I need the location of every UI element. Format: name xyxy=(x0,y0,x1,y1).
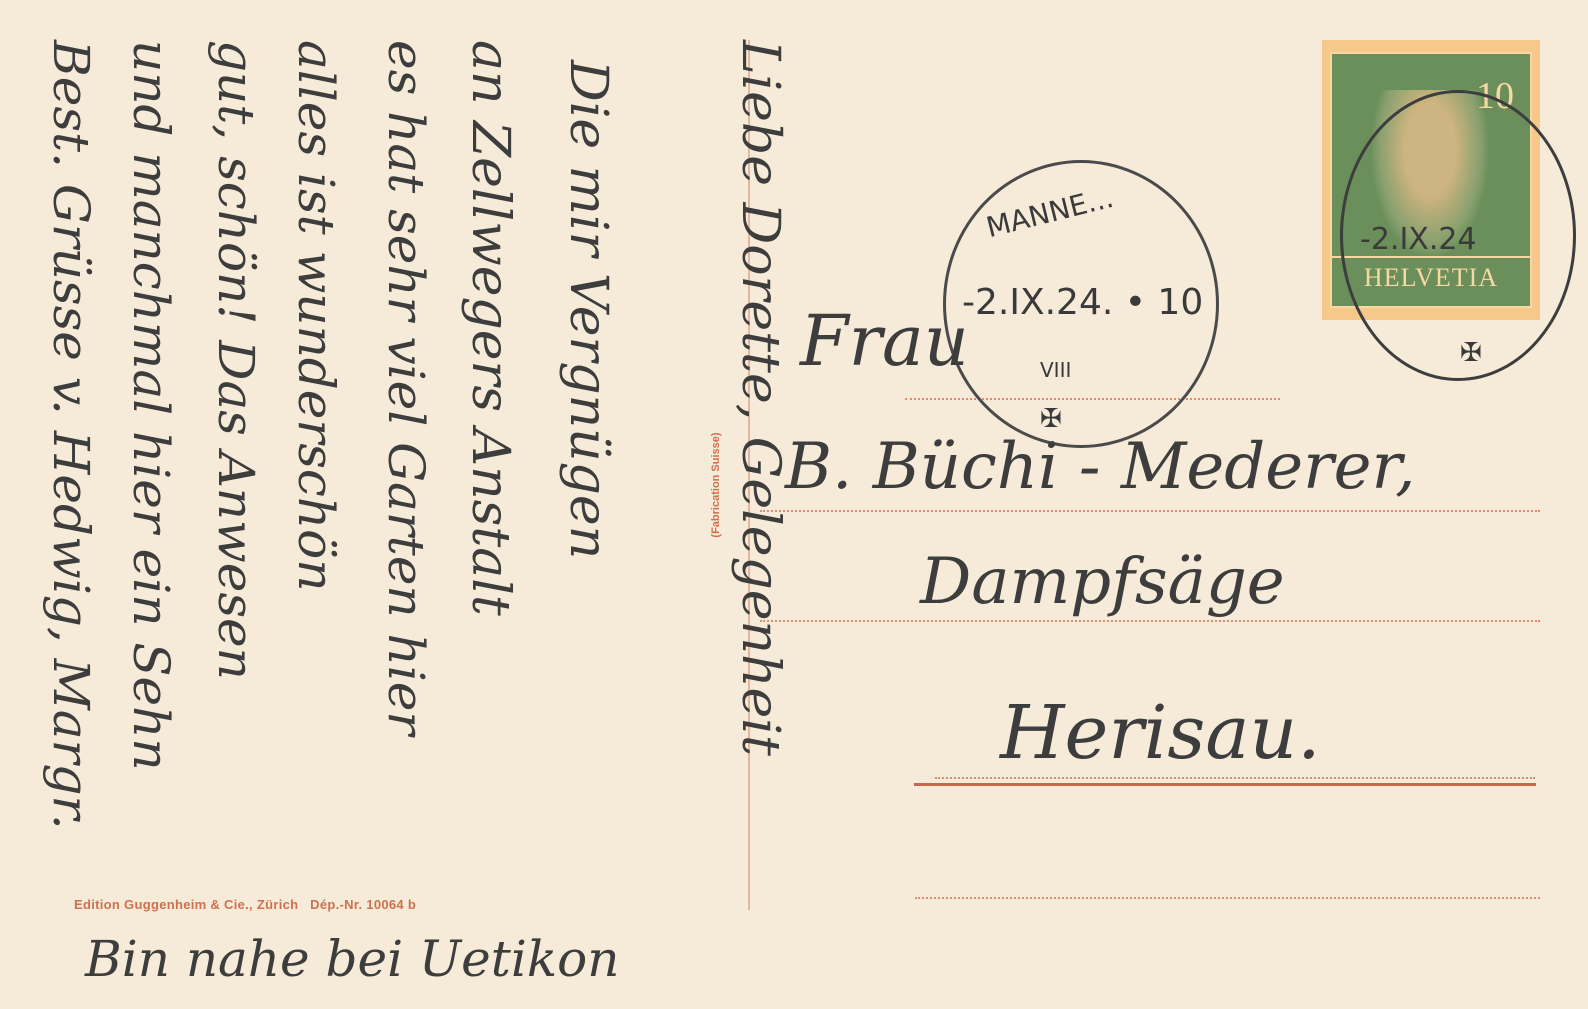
cancel-cross-icon: ✠ xyxy=(1460,338,1482,368)
address-line-5 xyxy=(915,897,1540,899)
postmark-subline: VIII xyxy=(1040,358,1071,382)
address-recipient-title: Frau xyxy=(800,300,969,382)
message-line-5: alles ist wunderschön xyxy=(287,40,345,591)
message-line-4: es hat sehr viel Garten hier xyxy=(377,40,435,735)
message-line-2: Die mir Vergnügen xyxy=(558,60,618,559)
message-line-7: und manchmal hier ein Sehn xyxy=(122,40,180,771)
message-footer: Bin nahe bei Uetikon xyxy=(85,930,619,988)
address-line-4 xyxy=(935,777,1535,779)
message-line-1: Liebe Dorette, Gelegenheit xyxy=(730,40,790,756)
address-recipient-name: B. Büchi - Mederer, xyxy=(785,430,1415,504)
postmark-date: -2.IX.24. • 10 xyxy=(962,282,1203,323)
message-line-6: gut, schön! Das Anwesen xyxy=(207,40,265,680)
message-line-8: Best. Grüsse v. Hedwig, Margr. xyxy=(42,40,100,830)
postcard-back: Edition Guggenheim & Cie., Zürich Dép.-N… xyxy=(0,0,1588,1009)
address-business: Dampfsäge xyxy=(920,545,1285,619)
address-line-2 xyxy=(760,510,1540,512)
address-line-3 xyxy=(760,620,1540,622)
address-town: Herisau. xyxy=(1000,690,1321,776)
address-underline xyxy=(914,783,1536,786)
fabrication-mark: (Fabrication Suisse) xyxy=(710,432,722,537)
stamp-cancel-date: -2.IX.24 xyxy=(1360,222,1477,257)
publisher-imprint: Edition Guggenheim & Cie., Zürich Dép.-N… xyxy=(74,897,416,912)
message-line-3: an Zellwegers Anstalt xyxy=(460,40,520,616)
